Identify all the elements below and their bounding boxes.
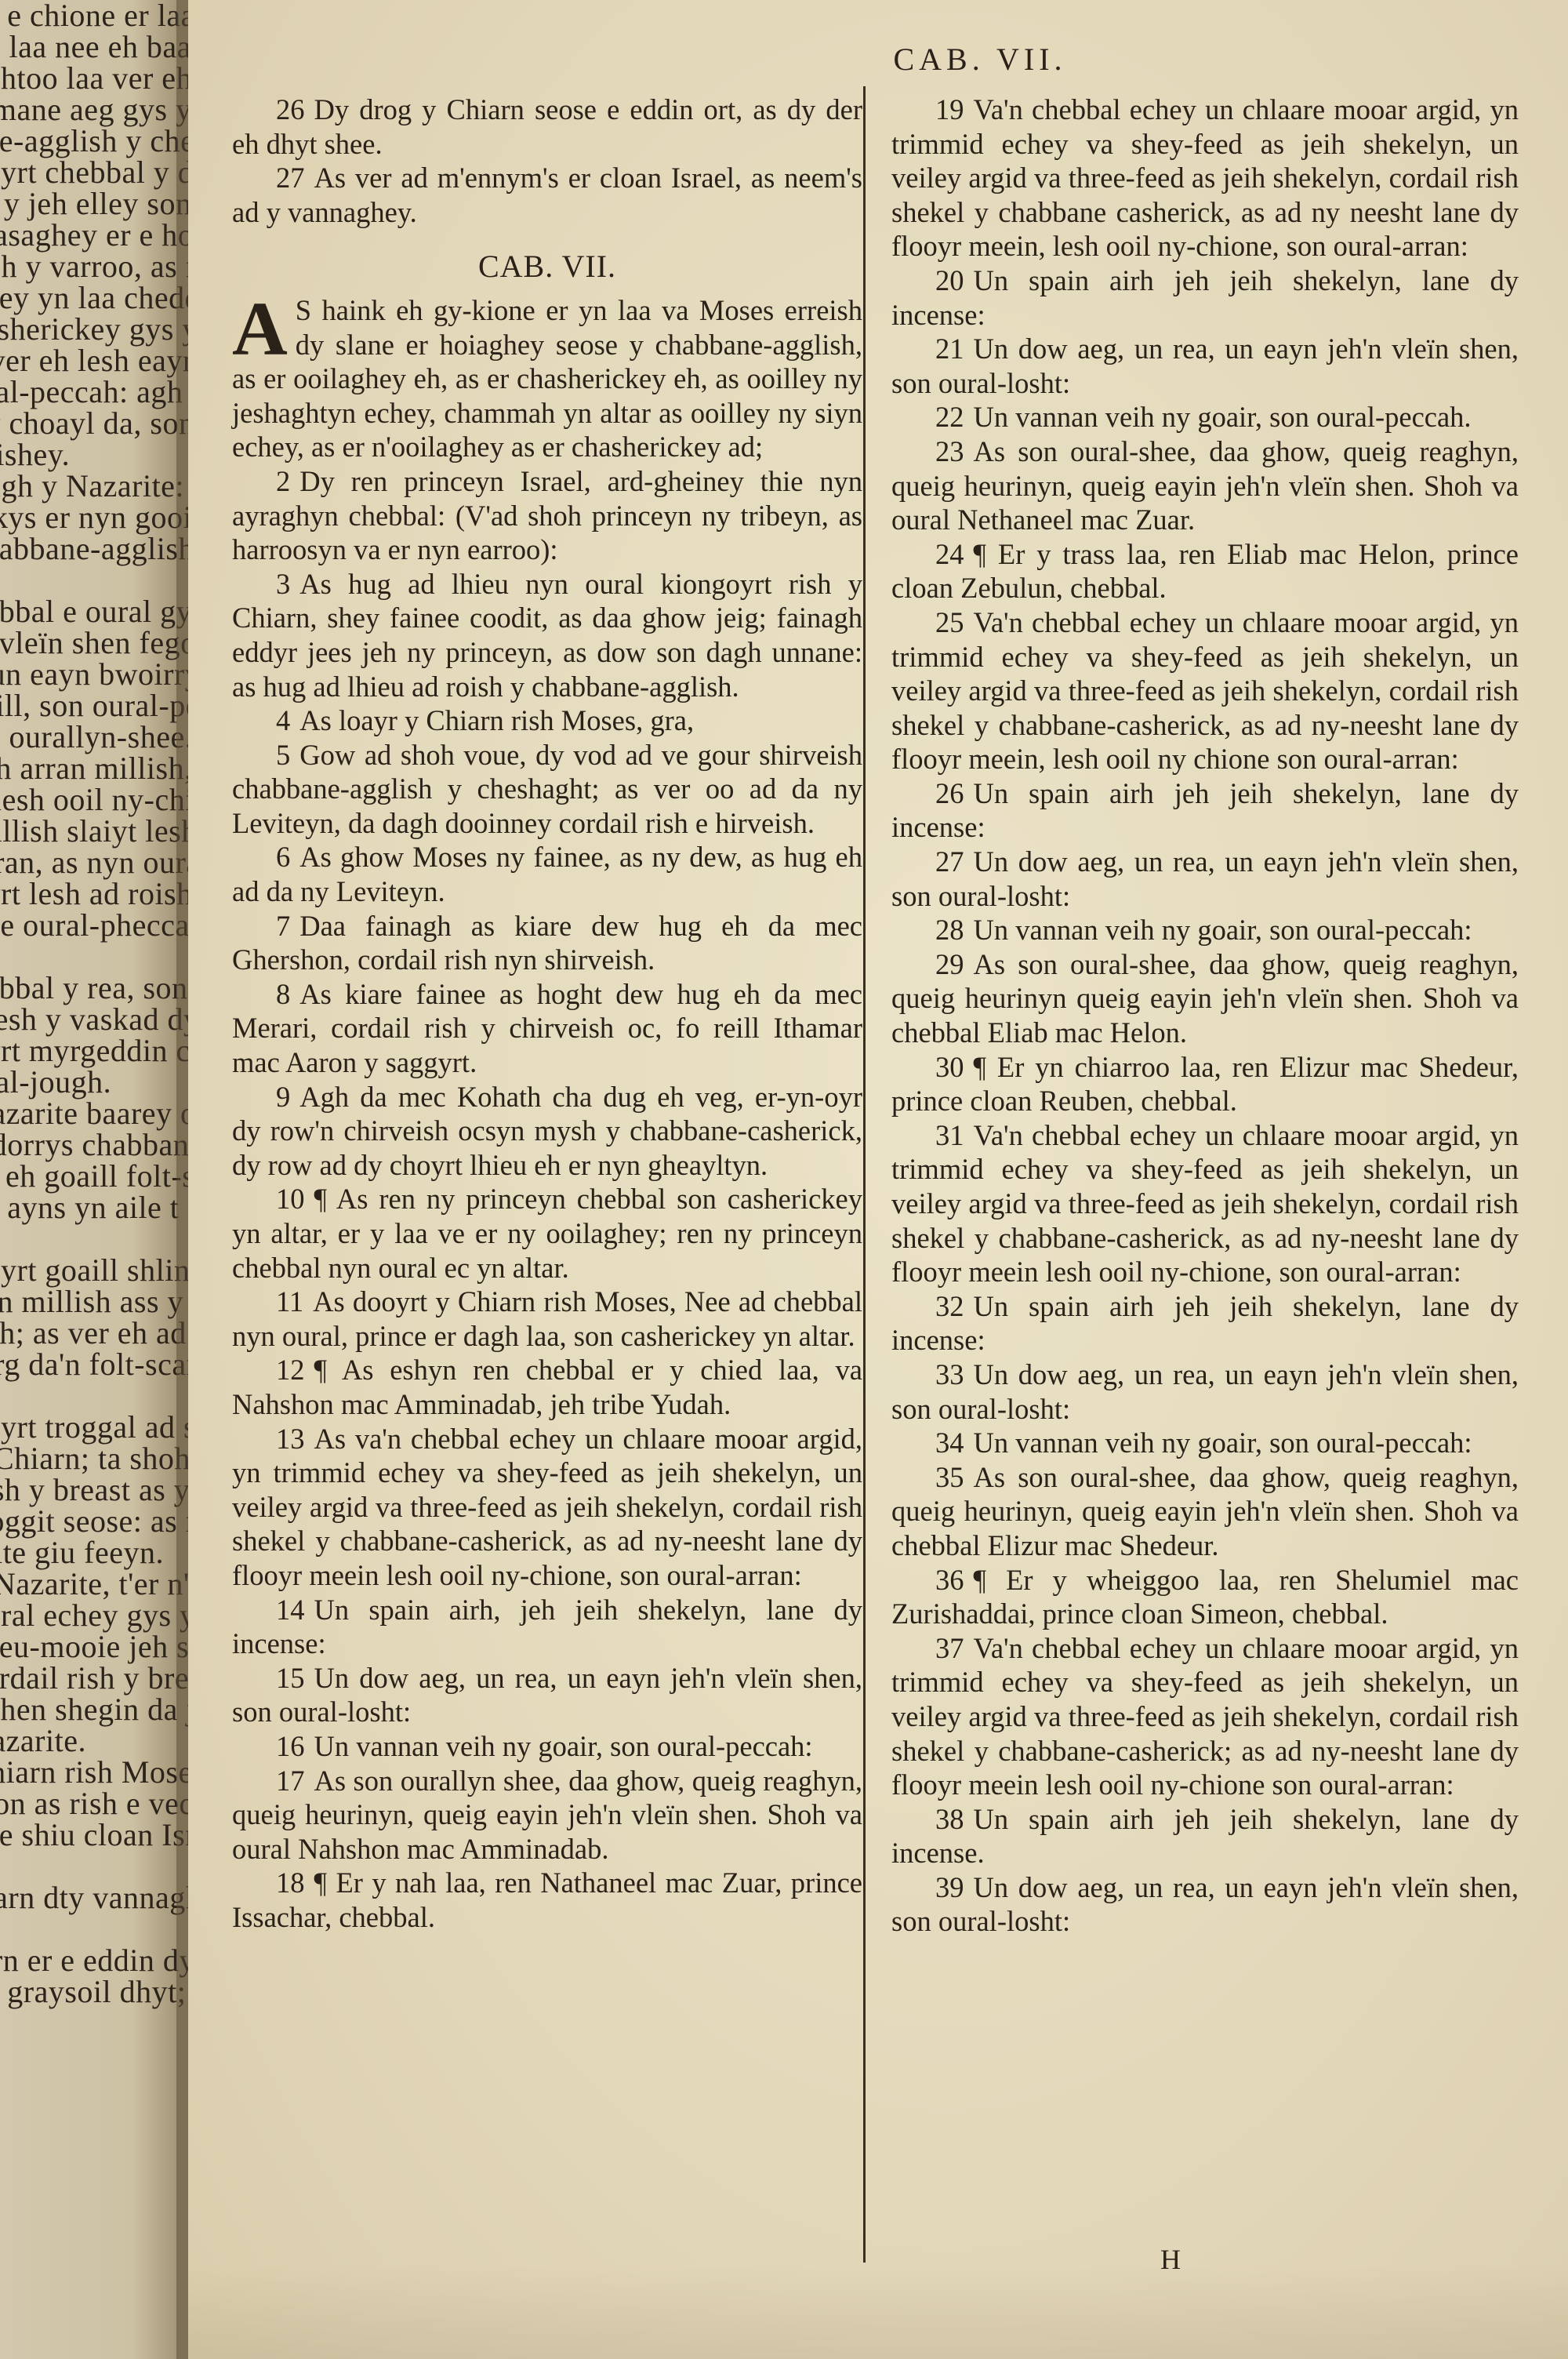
previous-page-line: ggyrt goaill shlingan: [0, 1255, 188, 1286]
verse-text: Gow ad shoh voue, dy vod ad ve gour shir…: [232, 739, 862, 839]
verse-number: 25: [935, 606, 964, 638]
previous-page-line: casherickey gys y Ch: [0, 314, 188, 345]
previous-page-line: ural-peccah: agh: [0, 376, 188, 408]
previous-page-line: eh graysoil dhyt;: [0, 1976, 188, 2008]
verse-text: Dy drog y Chiarn seose e eddin ort, as d…: [232, 93, 862, 160]
previous-page-line: vrishey.: [0, 439, 188, 471]
verse-number: 23: [935, 435, 964, 467]
verse-text: As dooyrt y Chiarn rish Moses, Nee ad ch…: [232, 1285, 862, 1352]
verse-number: 35: [935, 1461, 964, 1493]
verse-text: As loayr y Chiarn rish Moses, gra,: [299, 704, 694, 736]
previous-page-line: ickys er nyn gooill: [0, 502, 188, 533]
verse: 33Un dow aeg, un rea, un eayn jeh'n vleï…: [891, 1358, 1519, 1426]
verse-text: ¶ As ren ny princeyn chebbal son casheri…: [232, 1183, 862, 1283]
previous-page-line: aron as rish e vec,: [0, 1788, 188, 1819]
previous-page-line: [0, 941, 188, 972]
verse: 23As son oural-shee, daa ghow, queig rea…: [891, 434, 1519, 537]
previous-page-line: 'n vleïn shen fegooish: [0, 627, 188, 659]
verse: 24¶ Er y trass laa, ren Eliab mac Helon,…: [891, 537, 1519, 605]
verse-number: 16: [276, 1730, 305, 1762]
previous-page-line: on ourallyn-shee.: [0, 722, 188, 753]
verse-number: 21: [935, 333, 964, 365]
verse-number: 36: [935, 1564, 964, 1596]
verse-text: As ghow Moses ny fainee, as ny dew, as h…: [232, 841, 862, 907]
previous-page-line: s ver eh lesh eayn: [0, 345, 188, 376]
verse-number: 22: [935, 401, 964, 433]
book-page: CAB. VII. 26Dy drog y Chiarn seose e edd…: [188, 0, 1568, 2359]
previous-page-line: chabbane-agglish y: [0, 533, 188, 565]
previous-page-line: y Chiarn; ta shoh e: [0, 1443, 188, 1474]
previous-page-text: ey e chione er laa eoo laa nee eh baarey…: [0, 0, 188, 2008]
verse-number: 5: [276, 739, 290, 771]
verse: 13As va'n chebbal echey un chlaare mooar…: [232, 1422, 862, 1593]
previous-page-line: millish slaiyt lesh: [0, 816, 188, 847]
previous-page-line: Nazarite baarey oe: [0, 1098, 188, 1129]
verse: 3As hug ad lhieu nyn oural kiongoyrt ris…: [232, 567, 862, 703]
verse-text: Un spain airh, jeh jeih shekelyn, lane d…: [232, 1594, 862, 1660]
verse-number: 10: [276, 1183, 305, 1215]
verse-text: ¶ As eshyn ren chebbal er y chied laa, v…: [232, 1354, 862, 1420]
verse-number: 12: [276, 1354, 305, 1386]
verse: 11As dooyrt y Chiarn rish Moses, Nee ad …: [232, 1285, 862, 1353]
previous-page-line: hebbal e oural gys y C: [0, 596, 188, 627]
verse-text: haink eh gy-kione er yn laa va Moses err…: [232, 294, 862, 463]
previous-page-line: ee eh goaill folt-scar: [0, 1161, 188, 1192]
verse-text: ¶ Er y trass laa, ren Eliab mac Helon, p…: [891, 538, 1519, 605]
verse-text: As son oural-shee, daa ghow, queig reagh…: [891, 1461, 1519, 1561]
verse: 22Un vannan veih ny goair, son oural-pec…: [891, 400, 1519, 434]
verse-number: 8: [276, 978, 290, 1010]
verse-number: 37: [935, 1632, 964, 1664]
verse: 5Gow ad shoh voue, dy vod ad ve gour shi…: [232, 738, 862, 841]
verse: 28Un vannan veih ny goair, son oural-pec…: [891, 913, 1519, 947]
previous-page-line: oghtoo laa ver eh lesh: [0, 63, 188, 94]
verse-text: Un vannan veih ny goair, son oural-pecca…: [974, 1427, 1472, 1459]
previous-page-line: troggit seose: as my: [0, 1506, 188, 1537]
verse-number: 27: [276, 162, 305, 194]
verse-text: As son oural-shee, daa ghow, queig reagh…: [891, 948, 1519, 1049]
right-verse-list: 19Va'n chebbal echey un chlaare mooar ar…: [891, 93, 1519, 1939]
verse-text: Daa fainagh as kiare dew hug eh da mec G…: [232, 910, 862, 976]
previous-page-line: [0, 1914, 188, 1945]
verse: 17As son ourallyn shee, daa ghow, queig …: [232, 1764, 862, 1866]
previous-page-line: , lesh y vaskad dy: [0, 1004, 188, 1035]
previous-page-line: ggyrt chebbal y derrey: [0, 157, 188, 188]
verse: 37Va'n chebbal echey un chlaare mooar ar…: [891, 1631, 1519, 1802]
verse: 32Un spain airh jeh jeih shekelyn, lane …: [891, 1289, 1519, 1358]
previous-page-line: almane aeg gys y: [0, 94, 188, 125]
verse-text: Un vannan veih ny goair, son oural-pecca…: [974, 401, 1472, 433]
verse-text: Un dow aeg, un rea, un eayn jeh'n vleïn …: [891, 1871, 1519, 1938]
previous-page-line: arite giu feeyn.: [0, 1537, 188, 1568]
verse-text: As kiare fainee as hoght dew hug eh da m…: [232, 978, 862, 1078]
verse-number: 20: [935, 264, 964, 296]
verse: 7Daa fainagh as kiare dew hug eh da mec …: [232, 909, 862, 977]
verse: 14Un spain airh, jeh jeih shekelyn, lane…: [232, 1593, 862, 1661]
verse-text: ¶ Er y wheiggoo laa, ren Shelumiel mac Z…: [891, 1564, 1519, 1630]
previous-page-line: y Nazarite, t'er n'y: [0, 1568, 188, 1600]
previous-page-line: [0, 1380, 188, 1412]
previous-page-line: gyrt myrgeddin chee: [0, 1035, 188, 1067]
previous-page-line: gyrt lesh ad roish y C: [0, 878, 188, 910]
verse-text: ¶ Er y nah laa, ren Nathaneel mac Zuar, …: [232, 1866, 862, 1933]
verse: 8As kiare fainee as hoght dew hug eh da …: [232, 977, 862, 1080]
verse-text: Un spain airh jeh jeih shekelyn, lane dy…: [891, 777, 1519, 844]
verse-number: 7: [276, 910, 290, 942]
previous-page-line: [0, 1223, 188, 1255]
previous-page-line: arran, as nyn ourale: [0, 847, 188, 878]
verse-number: 18: [276, 1866, 305, 1899]
verse-text: As va'n chebbal echey un chlaare mooar a…: [232, 1423, 862, 1591]
verse-6-26: 26Dy drog y Chiarn seose e eddin ort, as…: [232, 93, 862, 161]
previous-page-line: [0, 1851, 188, 1882]
verse-text: Un dow aeg, un rea, un eayn jeh'n vleïn …: [891, 333, 1519, 399]
verse-text: Va'n chebbal echey un chlaare mooar argi…: [891, 93, 1519, 262]
verse: 38Un spain airh jeh jeih shekelyn, lane …: [891, 1802, 1519, 1870]
previous-page-line: foill, son oural-peccah: [0, 690, 188, 722]
verse-number: 11: [276, 1285, 303, 1318]
verse-number: 19: [935, 93, 964, 125]
verse: 39Un dow aeg, un rea, un eayn jeh'n vleï…: [891, 1870, 1519, 1939]
previous-page-line: leigh y Nazarite:: [0, 471, 188, 502]
verse-number: 17: [276, 1765, 305, 1797]
previous-page-line: r shen shegin da j: [0, 1694, 188, 1725]
verse-number: 33: [935, 1358, 964, 1390]
previous-page-line: hiasaghey er e hon,: [0, 220, 188, 251]
verse: 30¶ Er yn chiarroo laa, ren Elizur mac S…: [891, 1050, 1519, 1118]
previous-page-line: nee shiu cloan Isra: [0, 1819, 188, 1851]
verse-number: 39: [935, 1871, 964, 1903]
verse-number: 28: [935, 914, 964, 946]
verse-number: 27: [935, 845, 964, 878]
verse: 10¶ As ren ny princeyn chebbal son cashe…: [232, 1182, 862, 1285]
verse-text: Agh da mec Kohath cha dug eh veg, er-yn-…: [232, 1081, 862, 1181]
previous-page-line: iarn er e eddin dy b: [0, 1945, 188, 1976]
verse-text: ¶ Er yn chiarroo laa, ren Elizur mac She…: [891, 1051, 1519, 1118]
verse-text: Un spain airh jeh jeih shekelyn, lane dy…: [891, 264, 1519, 331]
verse: 16Un vannan veih ny goair, son oural-pec…: [232, 1729, 862, 1764]
verse-number: 13: [276, 1423, 305, 1455]
previous-page-line: n lesh ooil ny-chione: [0, 784, 188, 816]
verse-text: Un spain airh jeh jeih shekelyn, lane dy…: [891, 1290, 1519, 1357]
verse-text: Un spain airh jeh jeih shekelyn, lane dy…: [891, 1803, 1519, 1870]
previous-page-line: [0, 565, 188, 596]
verse-text: As son oural-shee, daa ghow, queig reagh…: [891, 435, 1519, 536]
verse-number: 34: [935, 1427, 964, 1459]
verse: 19Va'n chebbal echey un chlaare mooar ar…: [891, 93, 1519, 264]
verse-number: 26: [935, 777, 964, 809]
verse-text: Dy ren princeyn Israel, ard-gheiney thie…: [232, 465, 862, 565]
verse: 21Un dow aeg, un rea, un eayn jeh'n vleï…: [891, 332, 1519, 400]
verse-number: 31: [935, 1119, 964, 1151]
verse: 18¶ Er y nah laa, ren Nathaneel mac Zuar…: [232, 1866, 862, 1934]
verse: 26Un spain airh jeh jeih shekelyn, lane …: [891, 776, 1519, 845]
previous-page-line: Chiarn rish Moses, gra: [0, 1757, 188, 1788]
drop-cap: A: [232, 298, 288, 361]
verse-number: 14: [276, 1594, 305, 1626]
verse: 9Agh da mec Kohath cha dug eh veg, er-yn…: [232, 1080, 862, 1183]
verse-number: 9: [276, 1081, 290, 1113]
verse-number: 3: [276, 568, 290, 600]
page-shading: [188, 2265, 1568, 2359]
verse-text: Un dow aeg, un rea, un eayn jeh'n vleïn …: [891, 845, 1519, 912]
previous-page-line: ggyrt troggal ad seose: [0, 1412, 188, 1443]
previous-page-line: cordail rish y bree: [0, 1663, 188, 1694]
verse: 12¶ As eshyn ren chebbal er y chied laa,…: [232, 1353, 862, 1421]
previous-page-edge: ey e chione er laa eoo laa nee eh baarey…: [0, 0, 188, 2359]
right-column: 19Va'n chebbal echey un chlaare mooar ar…: [891, 93, 1519, 1939]
verse-7-1: AS haink eh gy-kione er yn laa va Moses …: [232, 293, 862, 464]
verse: 35As son oural-shee, daa ghow, queig rea…: [891, 1460, 1519, 1563]
left-column: 26Dy drog y Chiarn seose e eddin ort, as…: [232, 93, 862, 1934]
previous-page-line: lurg da'n folt-scarree: [0, 1349, 188, 1380]
chapter-heading: CAB. VII.: [232, 249, 862, 284]
drop-cap-lead: S: [296, 294, 311, 326]
previous-page-line: ural-jough.: [0, 1067, 188, 1098]
previous-page-line: ey e chione er laa e: [0, 0, 188, 31]
verse: 15Un dow aeg, un rea, un eayn jeh'n vleï…: [232, 1661, 862, 1729]
previous-page-line: hebbal y rea, son our: [0, 972, 188, 1004]
verse-6-27: 27As ver ad m'ennym's er cloan Israel, a…: [232, 161, 862, 229]
verse: 36¶ Er y wheiggoo laa, ren Shelumiel mac…: [891, 1563, 1519, 1631]
verse-text: Un dow aeg, un rea, un eayn jeh'n vleïn …: [232, 1662, 862, 1728]
verse-number: 32: [935, 1290, 964, 1322]
previous-page-line: Nazarite.: [0, 1725, 188, 1757]
verse-text: As hug ad lhieu nyn oural kiongoyrt rish…: [232, 568, 862, 703]
previous-page-line: ckey yn laa cheddin: [0, 282, 188, 314]
previous-page-line: ane-agglish y cheshaght: [0, 125, 188, 157]
verse-text: Un dow aeg, un rea, un eayn jeh'n vleïn …: [891, 1358, 1519, 1425]
verse-number: 15: [276, 1662, 305, 1694]
previous-page-line: dy choayl da, son: [0, 408, 188, 439]
verse-number: 2: [276, 465, 290, 497]
left-verse-list: 2Dy ren princeyn Israel, ard-gheiney thi…: [232, 464, 862, 1935]
verse: 6As ghow Moses ny fainee, as ny dew, as …: [232, 840, 862, 908]
verse: 20Un spain airh jeh jeih shekelyn, lane …: [891, 264, 1519, 332]
verse-text: Va'n chebbal echey un chlaare mooar argi…: [891, 1632, 1519, 1801]
verse-text: As ver ad m'ennym's er cloan Israel, as …: [232, 162, 862, 228]
verse-number: 30: [935, 1051, 964, 1083]
verse: 29As son oural-shee, daa ghow, queig rea…: [891, 947, 1519, 1050]
previous-page-line: oural echey gys y Ch: [0, 1600, 188, 1631]
verse-number: 6: [276, 841, 290, 873]
previous-page-line: c dorrys chabbane-a: [0, 1129, 188, 1161]
verse-number: 24: [935, 538, 964, 570]
previous-page-line: lish; as ver eh ad: [0, 1318, 188, 1349]
previous-page-line: s un eayn bwoirryn: [0, 659, 188, 690]
previous-page-line: een millish ass y: [0, 1286, 188, 1318]
previous-page-line: cheu-mooie jeh shee: [0, 1631, 188, 1663]
previous-page-line: lesh y breast as y ch: [0, 1474, 188, 1506]
previous-page-line: as y jeh elley son: [0, 188, 188, 220]
previous-page-line: hiarn dty vannaghey,: [0, 1882, 188, 1914]
verse: 34Un vannan veih ny goair, son oural-pec…: [891, 1426, 1519, 1460]
verse: 27Un dow aeg, un rea, un eayn jeh'n vleï…: [891, 845, 1519, 913]
verse-number: 26: [276, 93, 305, 125]
verse-number: 4: [276, 704, 290, 736]
previous-page-line: al e oural-pheccah,: [0, 910, 188, 941]
verse: 25Va'n chebbal echey un chlaare mooar ar…: [891, 605, 1519, 776]
verse: 4As loayr y Chiarn rish Moses, gra,: [232, 703, 862, 738]
verse: 2Dy ren princeyn Israel, ard-gheiney thi…: [232, 464, 862, 567]
previous-page-line: oo laa nee eh baarey e: [0, 31, 188, 63]
verse: 31Va'n chebbal echey un chlaare mooar ar…: [891, 1118, 1519, 1289]
column-rule: [863, 86, 866, 2263]
verse-text: Un vannan veih ny goair, son oural-pecca…: [974, 914, 1472, 946]
previous-page-line: rish y varroo, as nee: [0, 251, 188, 282]
previous-page-line: esh arran millish, be: [0, 753, 188, 784]
verse-text: Va'n chebbal echey un chlaare mooar argi…: [891, 1119, 1519, 1288]
verse-text: Va'n chebbal echey un chlaare mooar argi…: [891, 606, 1519, 775]
verse-number: 29: [935, 948, 964, 980]
previous-page-line: eh ayns yn aile t: [0, 1192, 188, 1223]
verse-number: 38: [935, 1803, 964, 1835]
verse-text: As son ourallyn shee, daa ghow, queig re…: [232, 1765, 862, 1865]
verse-text: Un vannan veih ny goair, son oural-pecca…: [314, 1730, 813, 1762]
running-head: CAB. VII.: [776, 41, 1184, 78]
